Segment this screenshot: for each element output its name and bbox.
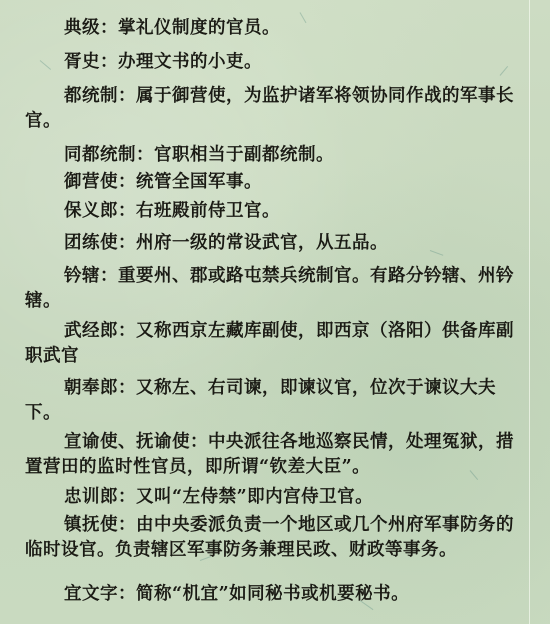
entry-definition: 统管全国军事。 — [136, 172, 262, 192]
entry-separator: ： — [100, 52, 118, 72]
glossary-entry: 团练使：州府一级的常设武官，从五品。 — [25, 231, 525, 256]
glossary-entry: 武经郎：又称西京左藏库副使，即西京（洛阳）供备库副职武官 — [25, 319, 525, 369]
glossary-entry: 保义郎：右班殿前侍卫官。 — [25, 199, 525, 224]
entry-definition: 简称“机宜”如同秘书或机要秘书。 — [136, 584, 409, 604]
entry-definition: 掌礼仪制度的官员。 — [118, 18, 280, 38]
entry-separator: ： — [190, 432, 208, 452]
entry-separator: ： — [100, 266, 118, 286]
entry-term: 典级 — [64, 18, 100, 38]
entry-separator: ： — [118, 233, 136, 253]
entry-term: 保义郎 — [64, 201, 118, 221]
entry-separator: ： — [118, 172, 136, 192]
entry-term: 忠训郎 — [64, 487, 118, 507]
entry-term: 御营使 — [64, 172, 118, 192]
entry-separator: ： — [118, 515, 136, 535]
entry-separator: ： — [118, 201, 136, 221]
glossary-entry: 御营使：统管全国军事。 — [25, 170, 525, 195]
entry-definition: 州府一级的常设武官，从五品。 — [136, 233, 388, 253]
entry-term: 宜文字 — [64, 584, 118, 604]
entry-definition: 办理文书的小吏。 — [118, 52, 262, 72]
glossary-entry: 宜文字：简称“机宜”如同秘书或机要秘书。 — [25, 582, 525, 607]
entry-definition: 右班殿前侍卫官。 — [136, 201, 280, 221]
glossary-entry: 胥史：办理文书的小吏。 — [25, 50, 525, 75]
glossary-entry: 都统制：属于御营使，为监护诸军将领协同作战的军事长官。 — [25, 84, 525, 134]
entry-term: 胥史 — [64, 52, 100, 72]
glossary-entry: 宣谕使、抚谕使：中央派往各地巡察民情，处理冤狱，措置营田的监时性官员，即所谓“钦… — [25, 430, 525, 480]
glossary-entry: 典级：掌礼仪制度的官员。 — [25, 16, 525, 41]
entry-definition: 官职相当于副都统制。 — [154, 145, 334, 165]
glossary-entry: 镇抚使：由中央委派负责一个地区或几个州府军事防务的临时设官。负责辖区军事防务兼理… — [25, 513, 525, 563]
entry-separator: ： — [100, 18, 118, 38]
entry-term: 武经郎 — [64, 321, 118, 341]
entry-term: 钤辖 — [64, 266, 100, 286]
entry-separator: ： — [118, 584, 136, 604]
entry-separator: ： — [118, 86, 136, 106]
glossary-entry: 同都统制：官职相当于副都统制。 — [25, 143, 525, 168]
entry-term: 朝奉郎 — [64, 378, 118, 398]
glossary-entry: 忠训郎：又叫“左侍禁”即内宫侍卫官。 — [25, 485, 525, 510]
glossary-page: 典级：掌礼仪制度的官员。 胥史：办理文书的小吏。 都统制：属于御营使，为监护诸军… — [0, 0, 550, 624]
glossary-entry: 朝奉郎：又称左、右司谏，即谏议官，位次于谏议大夫下。 — [25, 376, 525, 426]
entry-separator: ： — [118, 378, 136, 398]
entry-separator: ： — [136, 145, 154, 165]
entry-separator: ： — [118, 321, 136, 341]
entry-definition: 又叫“左侍禁”即内宫侍卫官。 — [136, 487, 373, 507]
entry-term: 镇抚使 — [64, 515, 118, 535]
entry-term: 团练使 — [64, 233, 118, 253]
entry-term: 宣谕使、抚谕使 — [64, 432, 190, 452]
entry-separator: ： — [118, 487, 136, 507]
glossary-entry: 钤辖：重要州、郡或路屯禁兵统制官。有路分钤辖、州钤辖。 — [25, 264, 525, 314]
entry-term: 同都统制 — [64, 145, 136, 165]
entry-term: 都统制 — [64, 86, 118, 106]
